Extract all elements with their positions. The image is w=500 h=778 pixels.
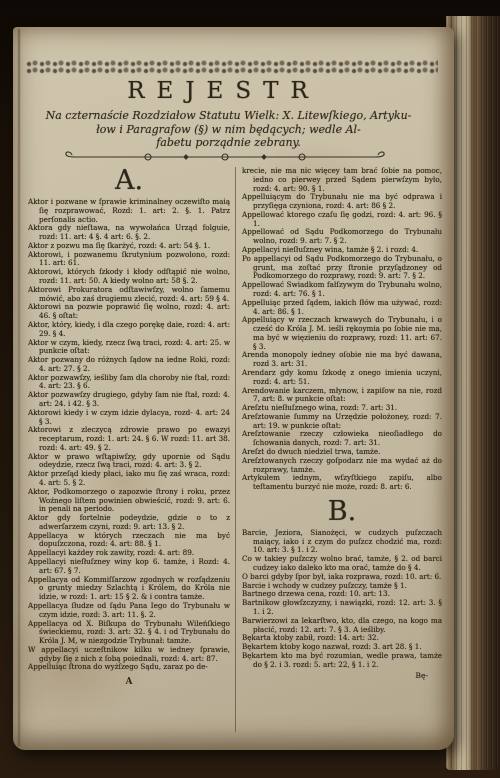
index-entry: Aktorowi Prokuratora odſtawiwſzy, wolno … bbox=[28, 286, 230, 304]
index-entry: Areſztowanych rzeczy goſpodarz nie ma wy… bbox=[242, 457, 442, 475]
index-entry: Aktorowi kiedy i w czym idzie dylacya, r… bbox=[28, 409, 230, 427]
index-entry: Arenda monopoly iedney oſobie nie ma być… bbox=[242, 351, 442, 369]
index-entry: Aktor pozwany do różnych ſądow na iedne … bbox=[28, 356, 230, 374]
index-entry: Aktor pozwawſzy drugiego, gdyby ſam nie … bbox=[28, 391, 230, 409]
index-entry: Arendowanie karczem, młynow, i zapiſow n… bbox=[242, 387, 442, 405]
index-entry: Aktorowi, których ſzkody i kłody odſtąpi… bbox=[28, 268, 230, 286]
index-entry: Aktor w prawo wſtąpiwſzy, gdy upornie od… bbox=[28, 453, 230, 471]
index-entry: Bartnikow głowſzczyzny, i nawiązki, rozd… bbox=[242, 599, 442, 617]
index-entry: Barwierzowi za lekarſtwo, kto, dla czego… bbox=[242, 617, 442, 635]
index-entry: Aktorowi z zleczycą zdrowie prawo po ewa… bbox=[28, 426, 230, 452]
index-entry: Aktor gdy fortelnie podeydzie, gdzie o t… bbox=[28, 514, 230, 532]
section-heading-b: B. bbox=[242, 498, 442, 526]
index-entry: Appellacya ſłudze od ſądu Pana Iego do T… bbox=[28, 602, 230, 620]
index-entries-b: Barcie, Jeziora, Sianożęci, w cudzych pu… bbox=[242, 529, 442, 670]
index-entry: Appellacya od X. Biſkupa do Trybunału Wi… bbox=[28, 620, 230, 646]
index-entry: Appellować ktorego czaſu ſię godzi, rozd… bbox=[242, 211, 442, 229]
index-entry: Co w takiey puſzczy wolno brać, tamże, §… bbox=[242, 555, 442, 573]
gutter-crease bbox=[18, 29, 20, 746]
page-title: REJESTR bbox=[13, 78, 434, 104]
subtitle-line: Na czternaście Rozdziałow Statutu Wielk:… bbox=[23, 109, 434, 123]
catchword: Bę- bbox=[242, 671, 442, 680]
subtitle-line: łow i Paragrafow (§) w nim będących; wed… bbox=[23, 123, 434, 137]
ornament-divider bbox=[63, 150, 387, 163]
index-columns: A. Aktor i pozwane w ſprawie kriminalney… bbox=[28, 167, 442, 732]
index-entry: W appellacyi uczeſtnikow kilku w iedney … bbox=[28, 646, 230, 664]
index-entry: Appelluiąc ſtrona do wyżſzego Sądu, zara… bbox=[28, 663, 230, 672]
index-entry: Barcie, Jeziora, Sianożęci, w cudzych pu… bbox=[242, 529, 442, 555]
index-entry: Appellować Swiadkom fałſzywym do Trybuna… bbox=[242, 281, 442, 299]
index-entry: Aktor pozwawſzy, ieśliby ſam dla choroby… bbox=[28, 374, 230, 392]
index-entry: Appellacya w których rzeczach nie ma być… bbox=[28, 532, 230, 550]
subtitle-line: fabetu porządnie zebrany. bbox=[23, 136, 434, 150]
index-entry: Aktor i pozwane w ſprawie kriminalney oc… bbox=[28, 198, 230, 224]
index-entry: krecie, nie ma nic więcey tam brać ſobie… bbox=[242, 167, 442, 193]
index-entry: Appellacyi nieſłuſzney winy kop 6. tamże… bbox=[28, 558, 230, 576]
index-entry: Aktor przeſąd kiedy płaci, iako mu ſię z… bbox=[28, 470, 230, 488]
book-fore-edge bbox=[446, 16, 500, 770]
ornament-band bbox=[25, 60, 438, 74]
scanned-book-page: REJESTR Na czternaście Rozdziałow Statut… bbox=[0, 0, 500, 778]
index-entry: Areſztowanie rzeczy człowieka nieoſiadłe… bbox=[242, 430, 442, 448]
index-entry: Aktorowi na pozwie poprawić ſię wolno, r… bbox=[28, 303, 230, 321]
index-entry: Aktora gdy nieſtawa, na wywołańca Urząd … bbox=[28, 224, 230, 242]
index-entry: Artykułem iednym, wſzyſtkiego zapiſu, al… bbox=[242, 474, 442, 492]
index-entry: Bękartem kto ma być rozumian, wedle praw… bbox=[242, 652, 442, 670]
index-entries-a-right: krecie, nie ma nic więcey tam brać ſobie… bbox=[242, 167, 442, 492]
index-column-left: A. Aktor i pozwane w ſprawie kriminalney… bbox=[28, 167, 235, 732]
signature-mark: A bbox=[28, 677, 230, 687]
index-entry: Po appellacyi od Sądu Podkomorzego do Tr… bbox=[242, 255, 442, 281]
section-heading-a: A. bbox=[28, 167, 230, 195]
index-entry: Aktor, Podkomorzego o zapozwie ſtrony i … bbox=[28, 488, 230, 514]
index-entry: Appellacya od Kommiſſarzow zgodnych w ro… bbox=[28, 576, 230, 602]
index-entry: Appelluiącym do Trybunału nie ma być odp… bbox=[242, 193, 442, 211]
index-entry: Appelluiąc przed ſądem, iakich ſłów ma u… bbox=[242, 299, 442, 317]
index-entry: Aktor w czym, kiedy, rzecz ſwą traci, ro… bbox=[28, 339, 230, 357]
book-page: REJESTR Na czternaście Rozdziałow Statut… bbox=[13, 27, 454, 750]
index-entries-a-left: Aktor i pozwane w ſprawie kriminalney oc… bbox=[28, 198, 230, 672]
index-entry: Appellować od Sądu Podkomorzego do Trybu… bbox=[242, 228, 442, 246]
index-column-right: krecie, nie ma nic więcey tam brać ſobie… bbox=[235, 167, 442, 732]
index-entry: Areſztowanie ſummy na Urzędzie położoney… bbox=[242, 413, 442, 431]
index-entry: Arendarz gdy komu ſzkodę z onego imienia… bbox=[242, 369, 442, 387]
subtitle: Na czternaście Rozdziałow Statutu Wielk:… bbox=[23, 109, 434, 150]
index-entry: Aktor, który, kiedy, i dla czego porękę … bbox=[28, 321, 230, 339]
index-entry: Aktorowi, i pozwanemu ſkrutynium pozwolo… bbox=[28, 251, 230, 269]
index-entry: Appelluiący w rzeczach krwawych do Trybu… bbox=[242, 316, 442, 351]
